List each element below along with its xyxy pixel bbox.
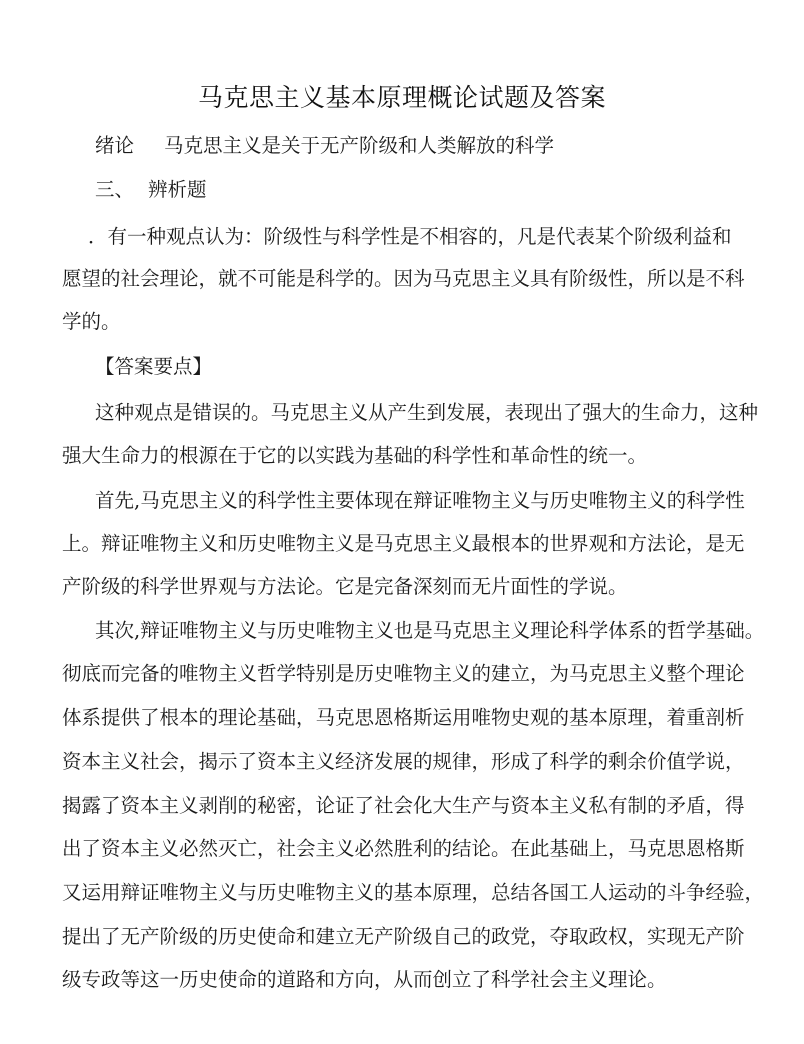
section-heading: 三、辨析题: [95, 175, 207, 205]
paragraph-line: 产阶级的科学世界观与方法论。它是完备深刻而无片面性的学说。: [62, 572, 628, 602]
paragraph-line: 这种观点是错误的。马克思主义从产生到发展，表现出了强大的生命力，这种: [95, 398, 758, 428]
paragraph-line: 级专政等这一历史使命的道路和方向，从而创立了科学社会主义理论。: [62, 965, 667, 995]
paragraph-line: 提出了无产阶级的历史使命和建立无产阶级自己的政党，夺取政权，实现无产阶: [62, 922, 745, 952]
paragraph-line: 又运用辩证唯物主义与历史唯物主义的基本原理，总结各国工人运动的斗争经验，: [62, 878, 764, 908]
paragraph-line: 强大生命力的根源在于它的以实践为基础的科学性和革命性的统一。: [62, 441, 647, 471]
paragraph-line: 出了资本主义必然灭亡，社会主义必然胜利的结论。在此基础上，马克思恩格斯: [62, 834, 745, 864]
chapter-title: 马克思主义是关于无产阶级和人类解放的科学: [164, 134, 554, 157]
paragraph-line: 上。辩证唯物主义和历史唯物主义是马克思主义最根本的世界观和方法论，是无: [62, 529, 745, 559]
section-number: 三、: [95, 178, 134, 201]
paragraph-line: 首先,马克思主义的科学性主要体现在辩证唯物主义与历史唯物主义的科学性: [95, 486, 745, 516]
chapter-label: 绪论: [95, 134, 134, 157]
paragraph-line: 揭露了资本主义剥削的秘密，论证了社会化大生产与资本主义私有制的矛盾，得: [62, 791, 745, 821]
document-page: 马克思主义基本原理概论试题及答案 绪论马克思主义是关于无产阶级和人类解放的科学 …: [0, 0, 804, 1044]
paragraph-line: 体系提供了根本的理论基础，马克思恩格斯运用唯物史观的基本原理，着重剖析: [62, 703, 745, 733]
question-line: 愿望的社会理论，就不可能是科学的。因为马克思主义具有阶级性，所以是不科: [62, 264, 745, 294]
paragraph-line: 彻底而完备的唯物主义哲学特别是历史唯物主义的建立，为马克思主义整个理论: [62, 659, 745, 689]
chapter-heading: 绪论马克思主义是关于无产阶级和人类解放的科学: [95, 131, 554, 161]
document-title: 马克思主义基本原理概论试题及答案: [0, 78, 804, 118]
answer-label: 【答案要点】: [95, 352, 212, 382]
section-title: 辨析题: [148, 178, 207, 201]
question-line: 学的。: [62, 307, 121, 337]
paragraph-line: 其次,辩证唯物主义与历史唯物主义也是马克思主义理论科学体系的哲学基础。: [95, 616, 764, 646]
paragraph-line: 资本主义社会，揭示了资本主义经济发展的规律，形成了科学的剩余价值学说，: [62, 747, 745, 777]
question-line: ．有一种观点认为：阶级性与科学性是不相容的，凡是代表某个阶级利益和: [88, 222, 732, 252]
